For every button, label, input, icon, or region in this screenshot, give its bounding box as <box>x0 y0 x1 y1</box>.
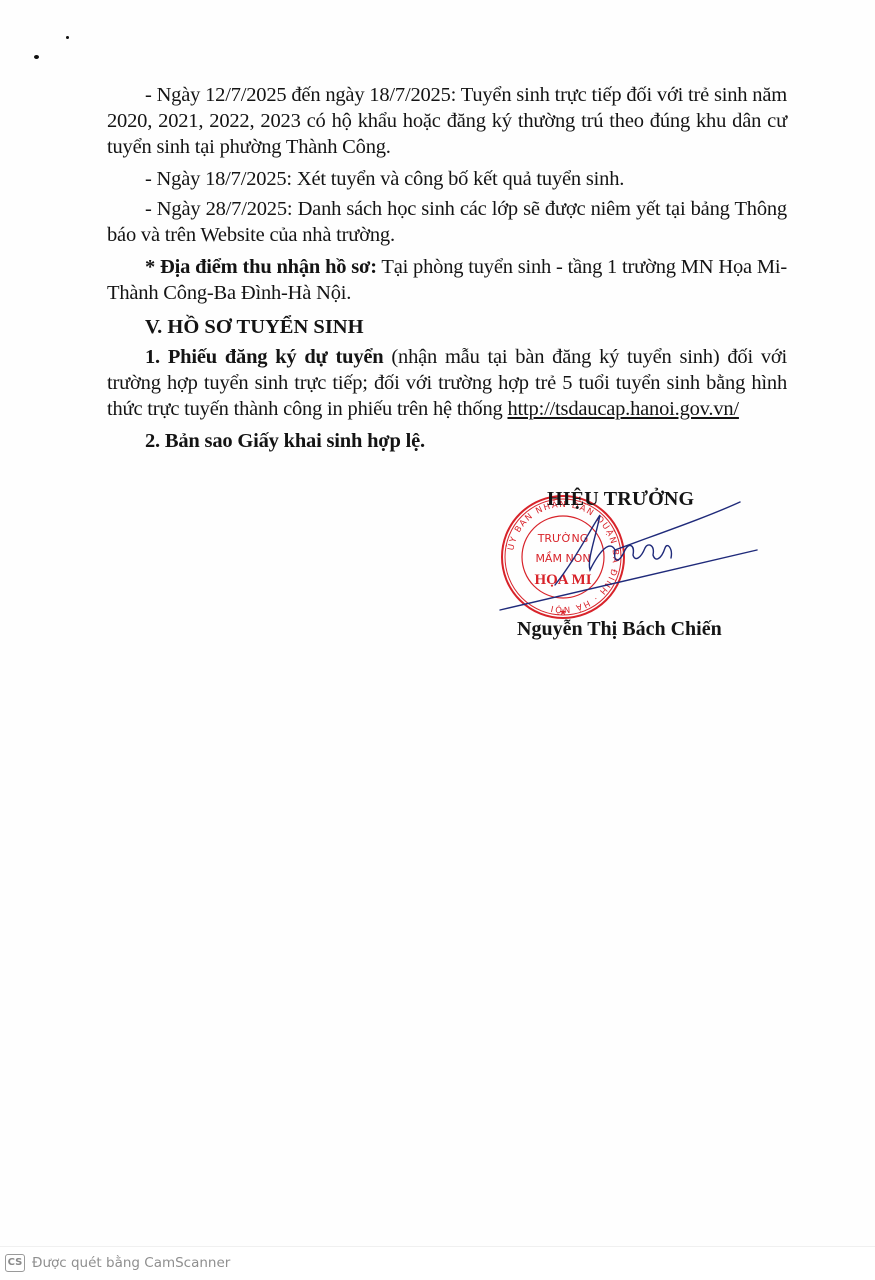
scan-speck <box>66 36 69 39</box>
camscanner-text: Được quét bằng CamScanner <box>32 1255 230 1271</box>
section-heading: V. HỒ SƠ TUYỂN SINH <box>145 316 364 339</box>
camscanner-logo-icon: CS <box>5 1254 25 1272</box>
schedule-item-2: - Ngày 18/7/2025: Xét tuyển và công bố k… <box>107 166 787 192</box>
schedule-text: Xét tuyển và công bố kết quả tuyển sinh. <box>292 168 624 190</box>
location-paragraph: * Địa điểm thu nhận hồ sơ: Tại phòng tuy… <box>107 254 787 306</box>
schedule-date: - Ngày 18/7/2025: <box>145 168 292 190</box>
location-label: * Địa điểm thu nhận hồ sơ: <box>145 256 377 278</box>
scan-speck <box>34 55 39 59</box>
signer-name: Nguyễn Thị Bách Chiến <box>517 618 722 641</box>
schedule-date: - Ngày 28/7/2025: <box>145 198 292 220</box>
schedule-item-1: - Ngày 12/7/2025 đến ngày 18/7/2025: Tuy… <box>107 82 787 160</box>
requirement-item-1: 1. Phiếu đăng ký dự tuyển (nhận mẫu tại … <box>107 344 787 422</box>
handwritten-signature <box>495 490 760 620</box>
camscanner-footer: CS Được quét bằng CamScanner <box>0 1246 875 1280</box>
schedule-date: - Ngày 12/7/2025 đến ngày 18/7/2025: <box>145 84 456 106</box>
requirement-label: 1. Phiếu đăng ký dự tuyển <box>145 346 384 368</box>
scanned-page: - Ngày 12/7/2025 đến ngày 18/7/2025: Tuy… <box>0 0 875 1246</box>
schedule-item-3: - Ngày 28/7/2025: Danh sách học sinh các… <box>107 196 787 248</box>
requirement-item-2: 2. Bản sao Giấy khai sinh hợp lệ. <box>107 428 787 454</box>
requirement-label: 2. Bản sao Giấy khai sinh hợp lệ. <box>145 430 425 452</box>
registration-link[interactable]: http://tsdaucap.hanoi.gov.vn/ <box>507 398 738 420</box>
